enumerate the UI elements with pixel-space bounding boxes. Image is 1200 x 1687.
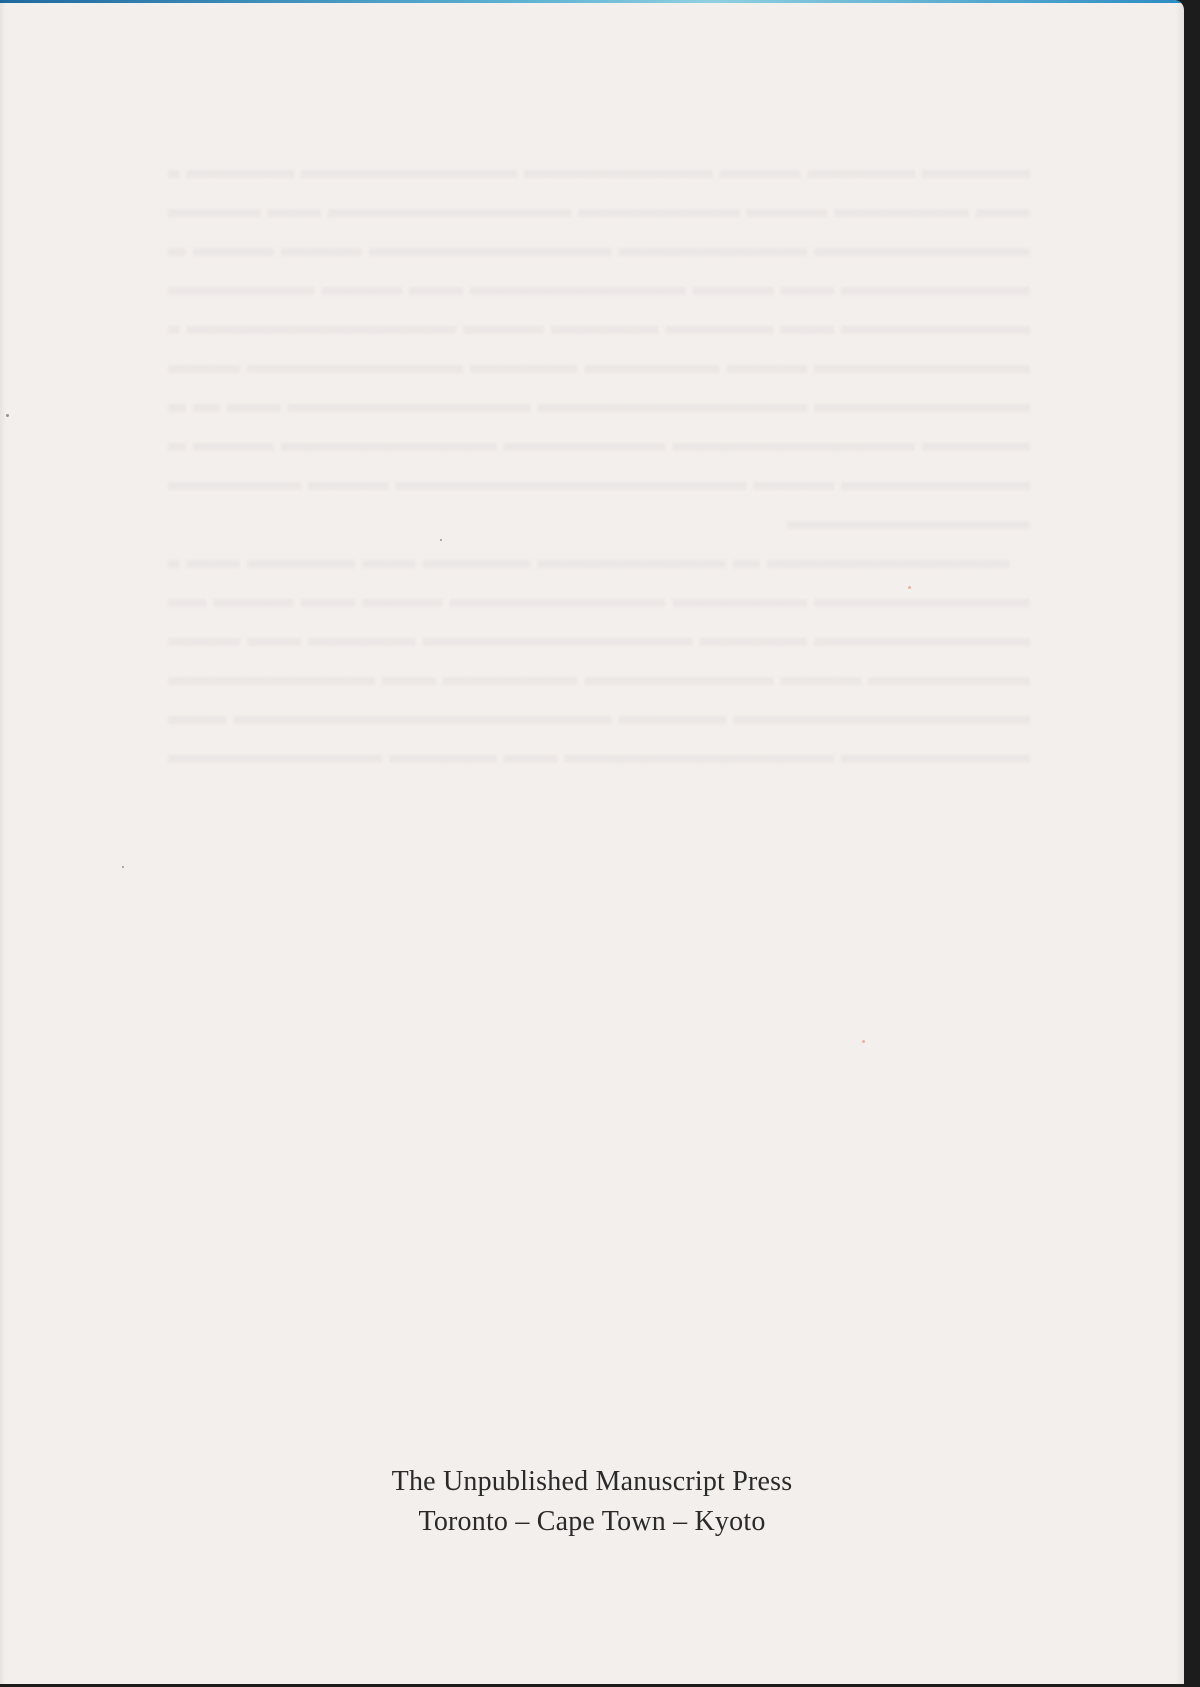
bleed-line: ▬▬▬▬▬▬ ▬▬▬ ▬▬▬▬▬▬▬ ▬▬▬▬▬ ▬▬ ▬▬▬▬▬▬▬▬▬▬▬ …: [168, 657, 1030, 696]
bleed-line: ▬▬▬▬▬▬▬ ▬▬ ▬▬▬▬ ▬▬▬▬ ▬▬▬ ▬▬▬▬▬▬▬▬▬▬ ▬▬ ▬…: [168, 306, 1030, 345]
paper-speck: [862, 1040, 865, 1043]
right-edge-shadow: [1176, 0, 1184, 1684]
bleed-line: ▬▬▬▬▬▬▬ ▬▬ ▬▬▬ ▬▬▬▬▬▬▬▬ ▬▬ ▬▬▬ ▬▬▬▬▬▬ ▬▬…: [168, 267, 1030, 306]
paper-speck: [440, 539, 442, 541]
publisher-locations: Toronto – Cape Town – Kyoto: [0, 1502, 1184, 1542]
bleed-line: ▬▬▬▬▬▬▬▬▬: [168, 501, 1030, 540]
bleed-line: ▬▬ ▬▬▬▬▬ ▬▬▬ ▬▬▬▬▬▬ ▬▬▬▬▬▬▬▬▬ ▬▬ ▬▬▬▬▬▬▬…: [168, 189, 1030, 228]
top-edge-strip: [0, 0, 1184, 3]
publisher-name: The Unpublished Manuscript Press: [0, 1462, 1184, 1502]
paper-speck: [6, 414, 9, 417]
bleed-through-text: ▬▬▬▬ ▬▬▬▬ ▬▬▬ ▬▬▬▬▬▬▬ ▬▬▬▬▬▬▬▬ ▬▬▬▬ ▬▬▬ …: [168, 150, 1030, 774]
bleed-line: ▬▬▬▬▬▬▬▬ ▬▬▬▬▬ ▬▬▬▬▬▬▬▬ ▬▬▬ ▬▬ ▬▬▬ ▬▬▬▬▬…: [168, 579, 1030, 618]
bleed-line: ▬▬▬▬▬▬▬ ▬▬▬▬▬▬▬▬▬▬ ▬▬ ▬▬▬▬ ▬▬▬▬▬▬▬▬▬ ▬▬ …: [168, 735, 1030, 774]
bleed-line: ▬▬▬▬ ▬▬▬▬▬▬▬▬▬ ▬▬▬▬▬▬ ▬▬▬▬▬▬▬▬ ▬▬▬ ▬▬▬▬▬…: [168, 423, 1030, 462]
bleed-line: ▬▬▬▬▬▬▬ ▬▬▬ ▬▬▬▬▬▬▬▬▬▬▬▬▬ ▬▬▬ ▬▬▬▬▬ ▬▬▬▬…: [168, 462, 1030, 501]
publisher-imprint: The Unpublished Manuscript Press Toronto…: [0, 1462, 1184, 1542]
bleed-line: ▬▬▬▬▬▬▬▬ ▬▬▬▬▬▬▬ ▬▬▬▬▬▬▬▬▬ ▬▬▬ ▬▬▬ ▬ ▬▬▬…: [168, 228, 1030, 267]
book-page: ▬▬▬▬ ▬▬▬▬ ▬▬▬ ▬▬▬▬▬▬▬ ▬▬▬▬▬▬▬▬ ▬▬▬▬ ▬▬▬ …: [0, 0, 1184, 1684]
bleed-line: ▬▬▬▬ ▬▬▬▬ ▬▬▬ ▬▬▬▬▬▬▬ ▬▬▬▬▬▬▬▬ ▬▬▬▬ ▬▬▬ …: [168, 150, 1030, 189]
bleed-line: ▬▬▬▬▬▬▬▬ ▬▬▬▬ ▬▬▬▬▬▬▬▬▬▬ ▬▬▬▬ ▬▬ ▬▬▬ ▬▬▬…: [168, 618, 1030, 657]
paper-speck: [908, 586, 911, 589]
bleed-line: ▬▬▬▬▬▬▬▬ ▬▬▬ ▬▬▬▬▬ ▬▬▬▬ ▬▬▬▬▬▬▬▬ ▬▬▬▬▬▬ …: [168, 345, 1030, 384]
left-edge-shadow: [0, 0, 6, 1684]
paper-speck: [122, 866, 124, 868]
bleed-line: ▬▬▬▬▬▬▬▬ ▬▬▬▬▬▬▬▬▬▬ ▬▬▬▬▬▬▬▬▬ ▬▬ ▬ ▬▬▬▬▬…: [168, 384, 1030, 423]
bleed-line: ▬▬▬▬▬▬▬▬▬▬▬ ▬▬▬▬ ▬▬▬▬▬▬▬▬▬▬▬▬▬▬ ▬▬▬▬ ▬▬ …: [168, 696, 1030, 735]
bleed-line: ▬▬▬▬▬▬▬▬▬ ▬ ▬▬▬▬▬▬▬ ▬▬▬▬ ▬▬ ▬▬▬▬ ▬▬ ▬▬▬ …: [168, 540, 1030, 579]
